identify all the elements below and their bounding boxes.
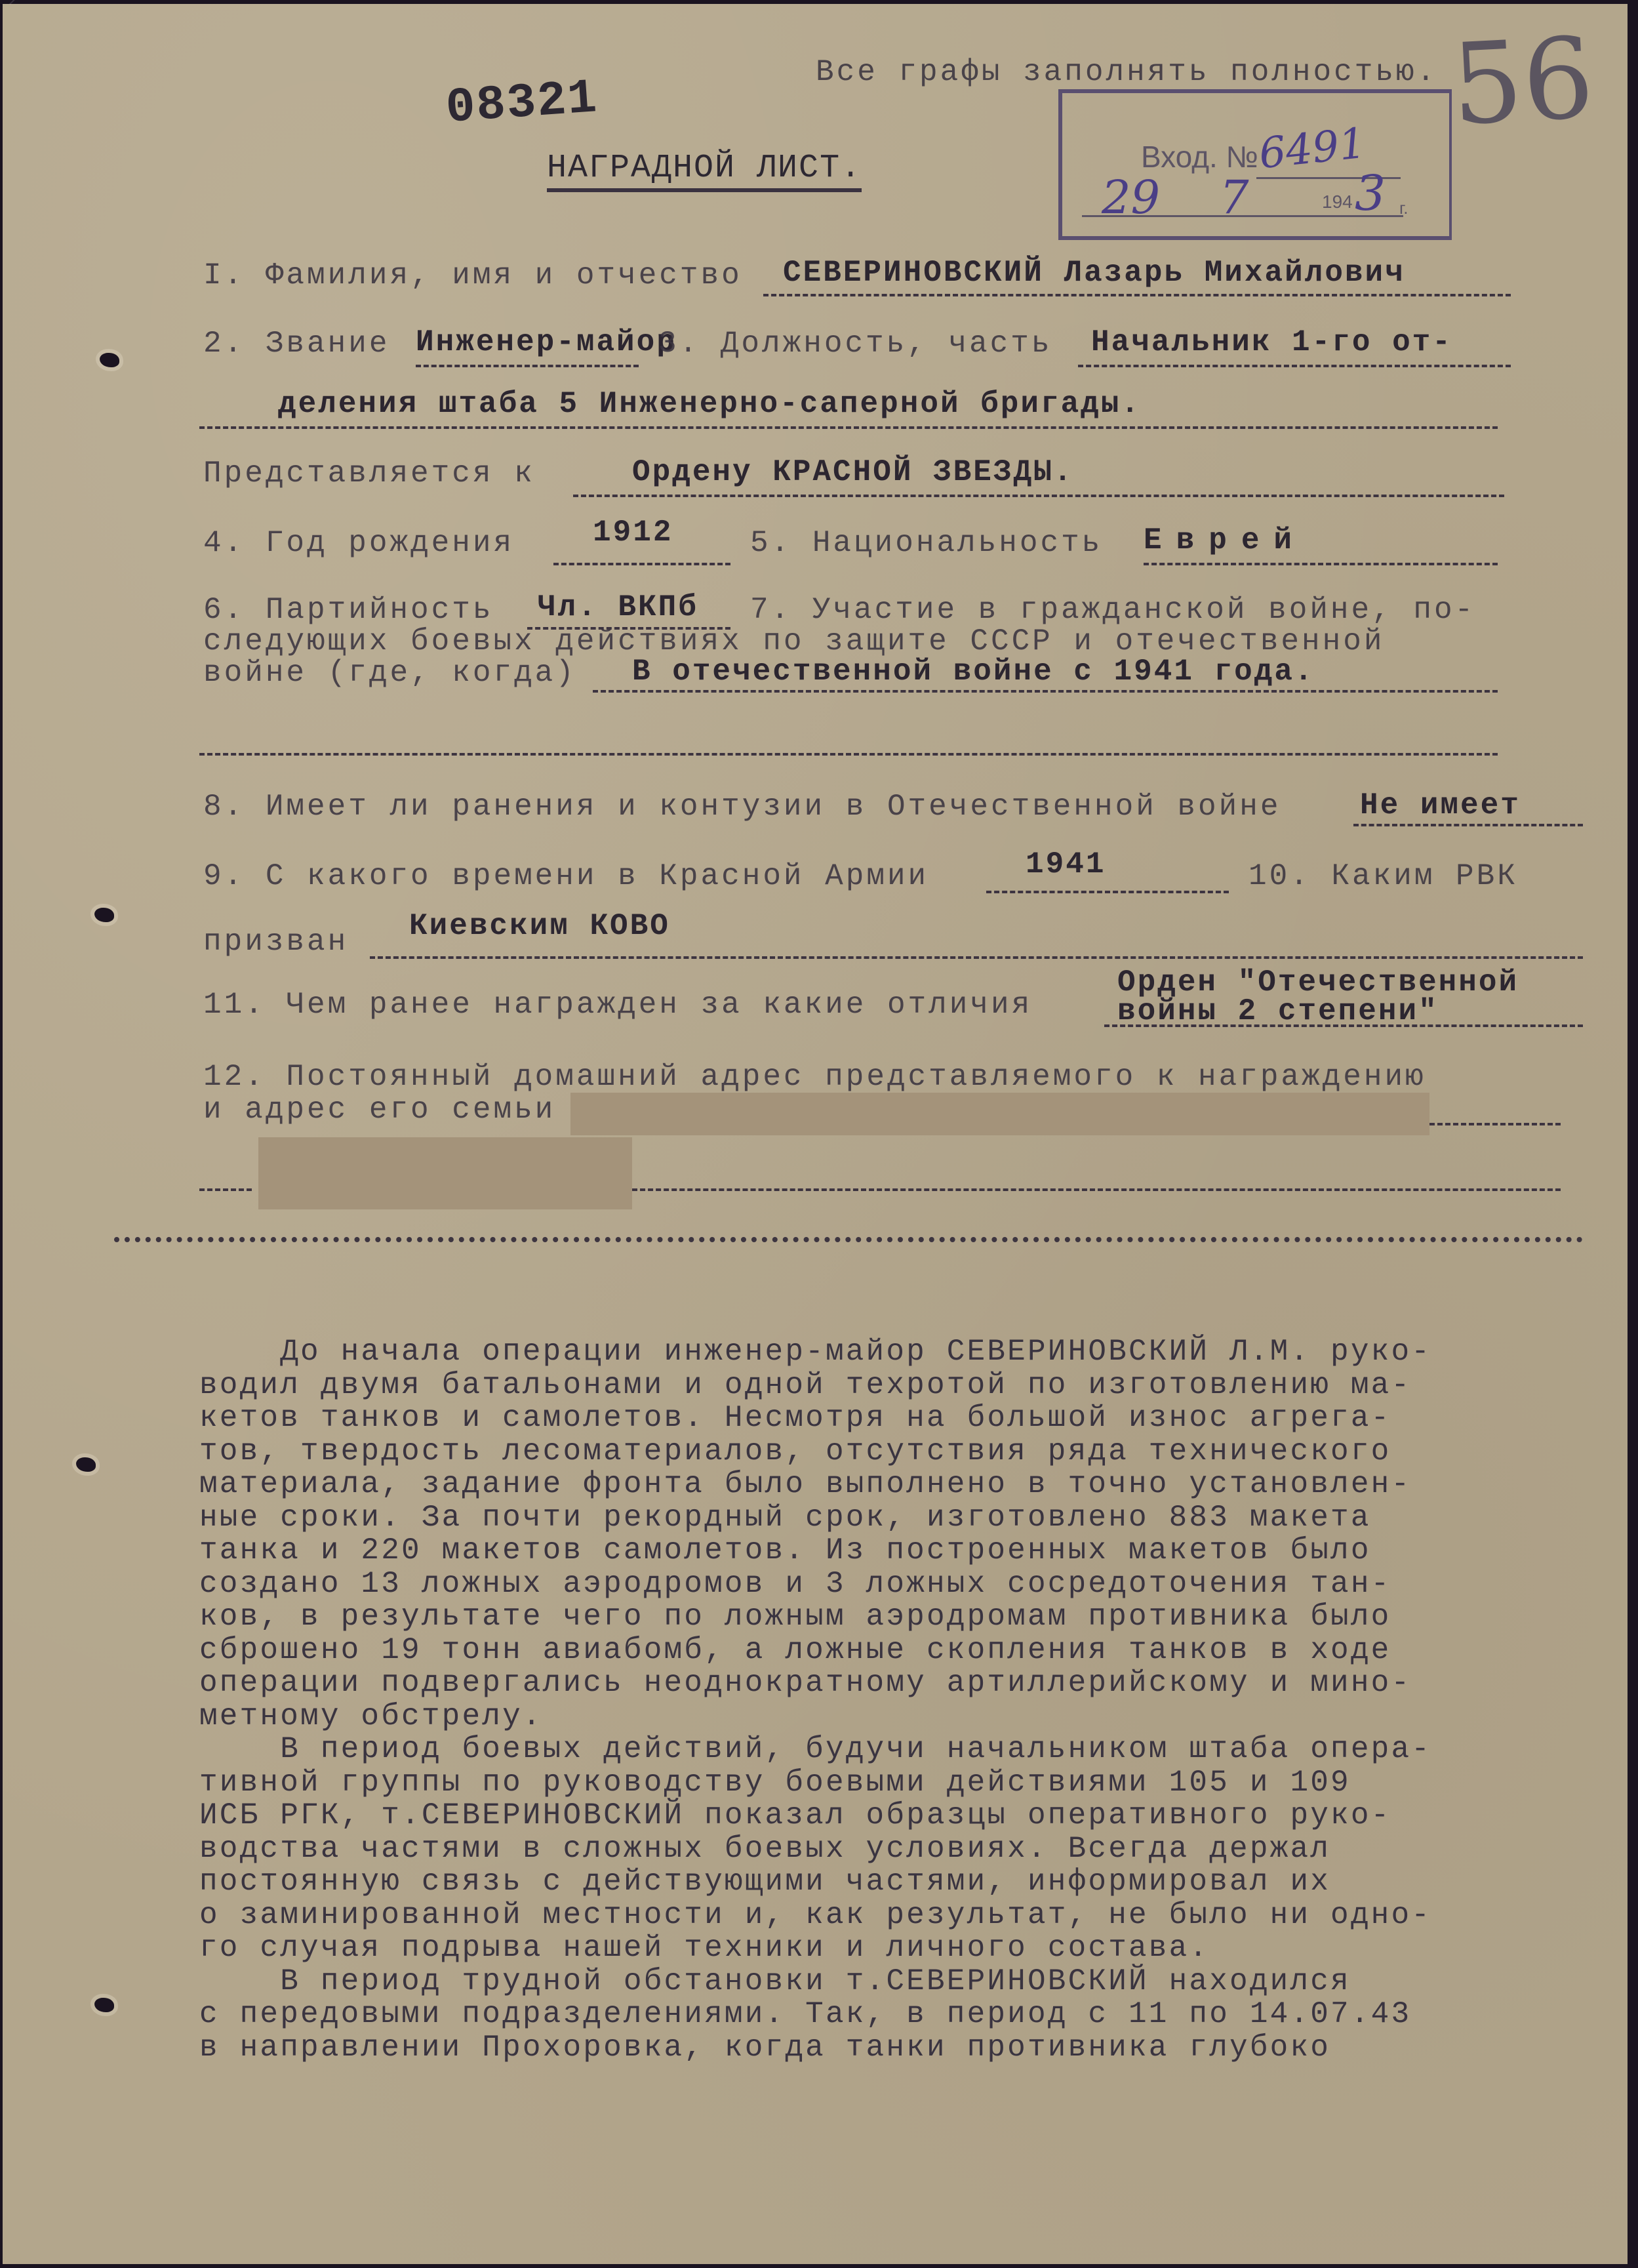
narrative-line: метному обстрелу. [199,1700,1524,1733]
narrative-line: До начала операции инженер-майор СЕВЕРИН… [199,1335,1524,1369]
narrative-line: с передовыми подразделениями. Так, в пер… [199,1998,1524,2031]
field-3-value-line2: деления штаба 5 Инженерно-саперной брига… [278,387,1141,421]
narrative-line: о заминированной местности и, как резуль… [199,1899,1524,1932]
field-2-label: 2. Звание [203,327,390,361]
field-9-value: 1941 [1026,847,1106,881]
field-1-underline [763,294,1511,296]
narrative-line: кетов танков и самолетов. Несмотря на бо… [199,1402,1524,1435]
field-7-label-line2: следующих боевых действиях по защите ССС… [203,624,1384,658]
narrative-line: тивной группы по руководству боевыми дей… [199,1766,1524,1800]
award-sheet-page: 08321 Все графы заполнять полностью. НАГ… [3,4,1628,2264]
field-12-underline-1 [1429,1123,1561,1125]
narrative-line: водил двумя батальонами и одной техротой… [199,1369,1524,1402]
narrative-line: тов, твердость лесоматериалов, отсутстви… [199,1435,1524,1468]
field-5-label: 5. Национальность [750,526,1102,560]
field-3-value-line1: Начальник 1-го от- [1091,325,1452,359]
field-3-underline-2 [199,426,1498,429]
stamp-month: 7 [1220,171,1249,224]
field-6-label: 6. Партийность [203,593,493,627]
field-4-underline [553,563,730,565]
field-12-underline-2a [199,1188,252,1191]
nomination-value: Ордену КРАСНОЙ ЗВЕЗДЫ. [632,455,1073,489]
stamp-year-end: г. [1399,198,1408,218]
stamp-number: 6491 [1257,119,1368,179]
field-7-label-line1: 7. Участие в гражданской войне, по- [750,593,1475,627]
narrative-line: создано 13 ложных аэродромов и 3 ложных … [199,1568,1524,1601]
field-10-value: Киевским КОВО [409,909,670,943]
field-9-label: 9. С какого времени в Красной Армии [203,859,929,893]
field-1-label: I. Фамилия, имя и отчество [203,258,742,293]
field-5-underline [1144,563,1498,565]
field-7-label-line3: войне (где, когда) [203,656,576,690]
redacted-address-block-2 [258,1137,632,1209]
field-7-value: В отечественной войне с 1941 года. [632,655,1315,689]
field-11-value-line2: войны 2 степени" [1117,994,1439,1028]
field-3-underline-1 [1078,365,1511,367]
field-2-value: Инженер-майор [416,325,677,359]
field-12-label-line1: 12. Постоянный домашний адрес представля… [203,1060,1426,1094]
narrative-line: В период боевых действий, будучи начальн… [199,1733,1524,1766]
field-8-label: 8. Имеет ли ранения и контузии в Отечест… [203,790,1281,824]
field-8-value: Не имеет [1360,788,1521,822]
narrative-line: операции подвергались неоднократному арт… [199,1667,1524,1700]
document-number: 08321 [444,71,599,136]
narrative-line: постоянную связь с действующими частями,… [199,1865,1524,1899]
pencil-page-mark: 56 [1448,13,1597,150]
punch-hole [94,1998,114,2012]
field-4-label: 4. Год рождения [203,526,514,560]
punch-hole [100,353,119,367]
field-10-label: 10. Каким РВК [1248,859,1518,893]
punch-hole [94,908,114,922]
field-3-label: 3. Должность, часть [658,327,1052,361]
stamp-year: 3 [1355,165,1386,222]
field-10-underline [370,956,1583,959]
field-1-value: СЕВЕРИНОВСКИЙ Лазарь Михайлович [783,256,1405,290]
narrative-line: танка и 220 макетов самолетов. Из постро… [199,1534,1524,1568]
narrative-line: материала, задание фронта было выполнено… [199,1468,1524,1501]
field-5-value: Еврей [1144,523,1306,557]
field-12-underline-2b [632,1188,1561,1191]
nomination-underline [573,495,1504,497]
field-2-underline [416,365,639,367]
field-9-underline [986,891,1229,893]
nomination-label: Представляется к [203,456,535,491]
narrative-line: В период трудной обстановки т.СЕВЕРИНОВС… [199,1965,1524,1998]
section-separator [114,1237,1583,1242]
redacted-address-block [570,1093,1429,1135]
field-10-label-cont: призван [203,925,348,959]
narrative-line: в направлении Прохоровка, когда танки пр… [199,2031,1524,2065]
field-8-underline [1353,824,1583,826]
award-narrative: До начала операции инженер-майор СЕВЕРИН… [199,1335,1524,2064]
narrative-line: го случая подрыва нашей техники и личног… [199,1932,1524,1965]
narrative-line: водства частями в сложных боевых условия… [199,1833,1524,1866]
page-title: НАГРАДНОЙ ЛИСТ. [547,150,862,192]
incoming-registration-stamp: Вход. № 6491 29 7 194 3 г. [1058,89,1452,240]
stamp-year-prefix: 194 [1322,192,1353,213]
field-12-label-line2: и адрес его семьи [203,1093,555,1127]
paper-fold-crease [9,0,94,5]
field-11-underline [1104,1024,1583,1027]
field-7-underline-1 [593,690,1498,693]
narrative-line: сброшено 19 тонн авиабомб, а ложные скоп… [199,1634,1524,1667]
field-11-label: 11. Чем ранее награжден за какие отличия [203,988,1032,1022]
narrative-line: ИСБ РГК, т.СЕВЕРИНОВСКИЙ показал образцы… [199,1799,1524,1833]
field-7-underline-2 [199,753,1498,756]
field-6-value: Чл. ВКПб [538,590,698,624]
narrative-line: ков, в результате чего по ложным аэродро… [199,1600,1524,1634]
stamp-label: Вход. № [1141,139,1258,174]
field-4-value: 1912 [593,516,673,550]
instruction-text: Все графы заполнять полностью. [816,55,1437,89]
punch-hole [76,1457,96,1472]
stamp-day: 29 [1102,171,1160,224]
narrative-line: ные сроки. За почти рекордный срок, изго… [199,1501,1524,1535]
